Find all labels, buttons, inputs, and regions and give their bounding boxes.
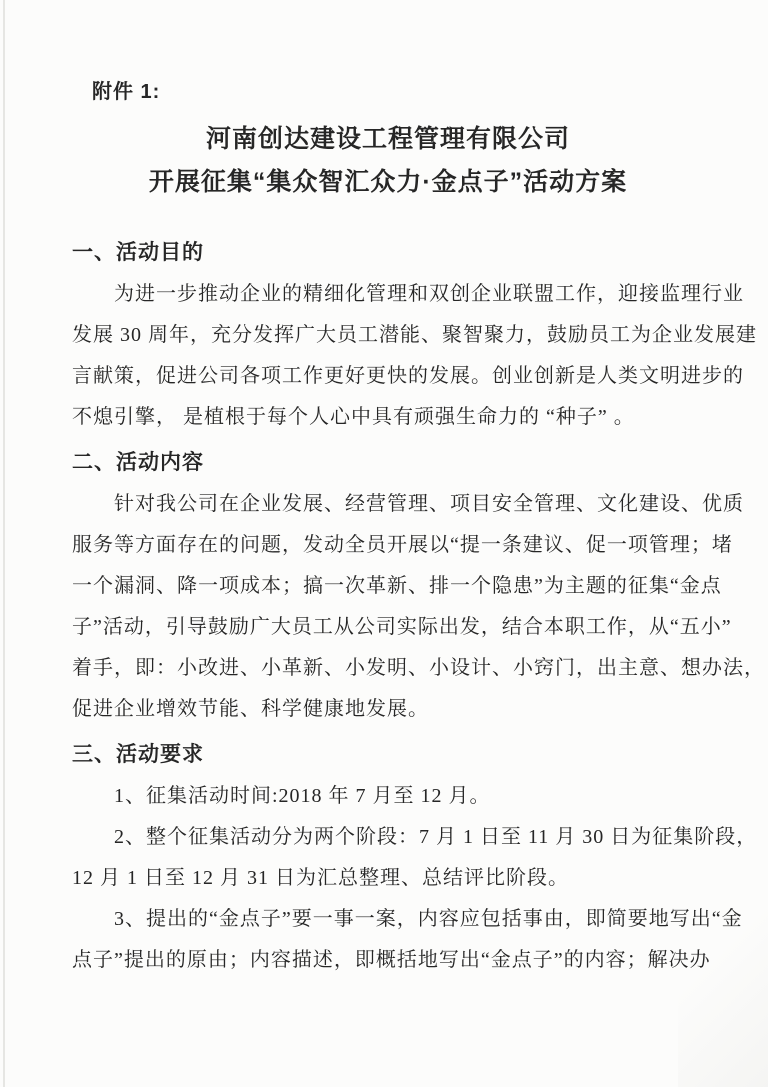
section-heading-purpose: 一、活动目的	[72, 238, 704, 268]
text-line: 针对我公司在企业发展、经营管理、项目安全管理、文化建设、优质	[72, 484, 704, 525]
text-line-item-3: 3、提出的“金点子”要一事一案，内容应包括事由，即简要地写出“金	[72, 899, 704, 940]
text-line: 言献策，促进公司各项工作更好更快的发展。创业创新是人类文明进步的	[72, 356, 704, 397]
text-line: 发展 30 周年，充分发挥广大员工潜能、聚智聚力，鼓励员工为企业发展建	[72, 315, 704, 356]
title-line-activity: 开展征集“集众智汇众力·金点子”活动方案	[72, 161, 704, 204]
text-line: 为进一步推动企业的精细化管理和双创企业联盟工作，迎接监理行业	[72, 274, 704, 315]
text-line: 12 月 1 日至 12 月 31 日为汇总整理、总结评比阶段。	[72, 858, 704, 899]
text-line-item-1: 1、征集活动时间:2018 年 7 月至 12 月。	[72, 776, 704, 817]
section-activity-purpose: 一、活动目的 为进一步推动企业的精细化管理和双创企业联盟工作，迎接监理行业 发展…	[72, 238, 704, 438]
text-line: 促进企业增效节能、科学健康地发展。	[72, 689, 704, 730]
section-heading-requirements: 三、活动要求	[72, 740, 704, 770]
document-title: 河南创达建设工程管理有限公司 开展征集“集众智汇众力·金点子”活动方案	[72, 118, 704, 204]
text-line: 点子”提出的原由；内容描述，即概括地写出“金点子”的内容；解决办	[72, 940, 704, 981]
text-line-item-2: 2、整个征集活动分为两个阶段：7 月 1 日至 11 月 30 日为征集阶段，	[72, 817, 704, 858]
text-line: 子”活动，引导鼓励广大员工从公司实际出发，结合本职工作，从“五小”	[72, 607, 704, 648]
scanned-document-page: 附件 1: 河南创达建设工程管理有限公司 开展征集“集众智汇众力·金点子”活动方…	[0, 0, 768, 1087]
section-heading-content: 二、活动内容	[72, 448, 704, 478]
title-line-company: 河南创达建设工程管理有限公司	[72, 118, 704, 161]
text-line: 服务等方面存在的问题，发动全员开展以“提一条建议、促一项管理；堵	[72, 525, 704, 566]
scan-edge-artifact	[3, 0, 5, 1087]
section-activity-content: 二、活动内容 针对我公司在企业发展、经营管理、项目安全管理、文化建设、优质 服务…	[72, 448, 704, 730]
text-line: 一个漏洞、降一项成本；搞一次革新、排一个隐患”为主题的征集“金点	[72, 566, 704, 607]
text-line: 不熄引擎， 是植根于每个人心中具有顽强生命力的 “种子” 。	[72, 397, 704, 438]
attachment-label: 附件 1:	[92, 78, 704, 106]
section-activity-requirements: 三、活动要求 1、征集活动时间:2018 年 7 月至 12 月。 2、整个征集…	[72, 740, 704, 981]
text-line: 着手，即：小改进、小革新、小发明、小设计、小窍门，出主意、想办法，	[72, 648, 704, 689]
